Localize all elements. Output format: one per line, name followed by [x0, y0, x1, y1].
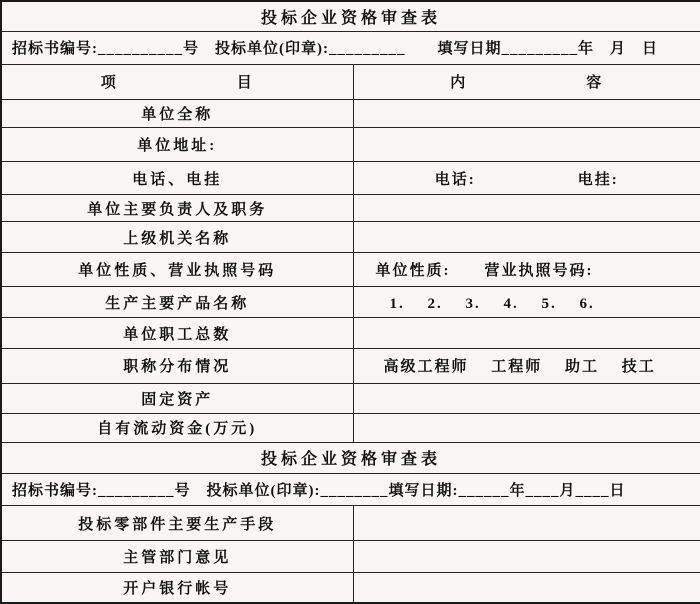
- table-row: 开户银行帐号: [1, 573, 700, 603]
- content-cell: 高级工程师 工程师 助工 技工: [353, 348, 700, 383]
- label-cell: 投标零部件主要生产手段: [1, 506, 353, 541]
- label-cell: 单位地址:: [1, 127, 353, 161]
- table-row: 固定资产: [1, 383, 700, 413]
- label-cell: 单位职工总数: [1, 318, 353, 348]
- qualification-review-table: 投标企业资格审查表 招标书编号:__________号 投标单位(印章):___…: [0, 0, 700, 604]
- content-cell: [353, 318, 700, 348]
- content-cell: 电话: 电挂:: [353, 162, 700, 195]
- content-cell: [353, 222, 700, 253]
- content-cell: [353, 383, 700, 413]
- content-cell: [353, 541, 700, 573]
- table-row: 上级机关名称: [1, 222, 700, 253]
- table-row: 单位主要负责人及职务: [1, 195, 700, 222]
- label-cell: 主管部门意见: [1, 541, 353, 573]
- label-cell: 上级机关名称: [1, 222, 353, 253]
- content-cell: [353, 413, 700, 442]
- label-cell: 电话、电挂: [1, 162, 353, 195]
- column-header-content: 内 容: [353, 64, 700, 99]
- table-row: 投标零部件主要生产手段: [1, 506, 700, 541]
- info-line-second: 招标书编号:_________号 投标单位(印章):________填写日期:_…: [1, 473, 700, 505]
- content-cell: [353, 127, 700, 161]
- column-header-item: 项 目: [1, 64, 353, 99]
- label-cell: 生产主要产品名称: [1, 287, 353, 318]
- content-cell: [353, 99, 700, 127]
- table-row-info: 招标书编号:_________号 投标单位(印章):________填写日期:_…: [1, 473, 700, 505]
- scanned-form-page: 投标企业资格审查表 招标书编号:__________号 投标单位(印章):___…: [0, 0, 700, 604]
- table-row: 单位全称: [1, 99, 700, 127]
- form-title-second: 投标企业资格审查表: [1, 442, 700, 473]
- content-cell: 单位性质: 营业执照号码:: [353, 253, 700, 287]
- label-cell: 开户银行帐号: [1, 573, 353, 603]
- info-line: 招标书编号:__________号 投标单位(印章):_________ 填写日…: [1, 31, 700, 64]
- table-row: 单位职工总数: [1, 318, 700, 348]
- table-row: 电话、电挂 电话: 电挂:: [1, 162, 700, 195]
- content-cell: [353, 506, 700, 541]
- label-cell: 单位全称: [1, 99, 353, 127]
- table-row: 职称分布情况 高级工程师 工程师 助工 技工: [1, 348, 700, 383]
- table-row-title: 投标企业资格审查表: [1, 442, 700, 473]
- table-row-header: 项 目 内 容: [1, 64, 700, 99]
- content-cell: [353, 195, 700, 222]
- table-row: 单位性质、营业执照号码 单位性质: 营业执照号码:: [1, 253, 700, 287]
- content-cell: 1. 2. 3. 4. 5. 6.: [353, 287, 700, 318]
- content-cell: [353, 573, 700, 603]
- table-row: 主管部门意见: [1, 541, 700, 573]
- label-cell: 固定资产: [1, 383, 353, 413]
- form-title: 投标企业资格审查表: [1, 1, 700, 31]
- table-row: 单位地址:: [1, 127, 700, 161]
- label-cell: 单位性质、营业执照号码: [1, 253, 353, 287]
- table-row-info: 招标书编号:__________号 投标单位(印章):_________ 填写日…: [1, 31, 700, 64]
- label-cell: 自有流动资金(万元): [1, 413, 353, 442]
- label-cell: 职称分布情况: [1, 348, 353, 383]
- table-row: 生产主要产品名称 1. 2. 3. 4. 5. 6.: [1, 287, 700, 318]
- table-row: 自有流动资金(万元): [1, 413, 700, 442]
- table-row-title: 投标企业资格审查表: [1, 1, 700, 31]
- label-cell: 单位主要负责人及职务: [1, 195, 353, 222]
